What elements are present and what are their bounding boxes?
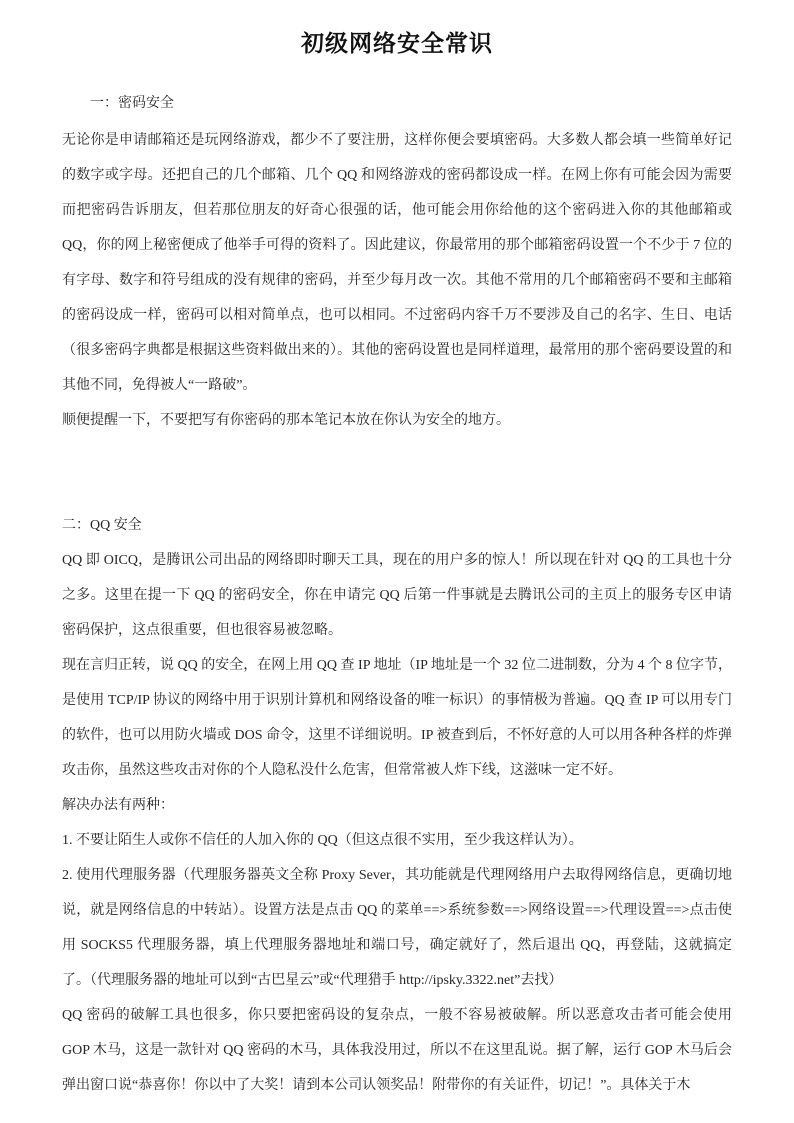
section-heading-qq-safety: 二：QQ 安全 xyxy=(62,508,732,543)
section-gap xyxy=(62,438,732,508)
paragraph: 1. 不要让陌生人或你不信任的人加入你的 QQ（但这点很不实用，至少我这样认为）… xyxy=(62,823,732,858)
paragraph: 现在言归正转，说 QQ 的安全，在网上用 QQ 查 IP 地址（IP 地址是一个… xyxy=(62,648,732,788)
paragraph: 解决办法有两种： xyxy=(62,788,732,823)
paragraph: 顺便提醒一下，不要把写有你密码的那本笔记本放在你认为安全的地方。 xyxy=(62,403,732,438)
section-heading-password-safety: 一：密码安全 xyxy=(62,86,732,121)
document-title: 初级网络安全常识 xyxy=(62,26,732,60)
paragraph: QQ 即 OICQ，是腾讯公司出品的网络即时聊天工具，现在的用户多的惊人！所以现… xyxy=(62,543,732,648)
paragraph: 无论你是申请邮箱还是玩网络游戏，都少不了要注册，这样你便会要填密码。大多数人都会… xyxy=(62,123,732,403)
paragraph: 2. 使用代理服务器（代理服务器英文全称 Proxy Sever，其功能就是代理… xyxy=(62,858,732,998)
document-page: 初级网络安全常识 一：密码安全 无论你是申请邮箱还是玩网络游戏，都少不了要注册，… xyxy=(0,0,794,1123)
paragraph: QQ 密码的破解工具也很多，你只要把密码设的复杂点，一般不容易被破解。所以恶意攻… xyxy=(62,998,732,1103)
